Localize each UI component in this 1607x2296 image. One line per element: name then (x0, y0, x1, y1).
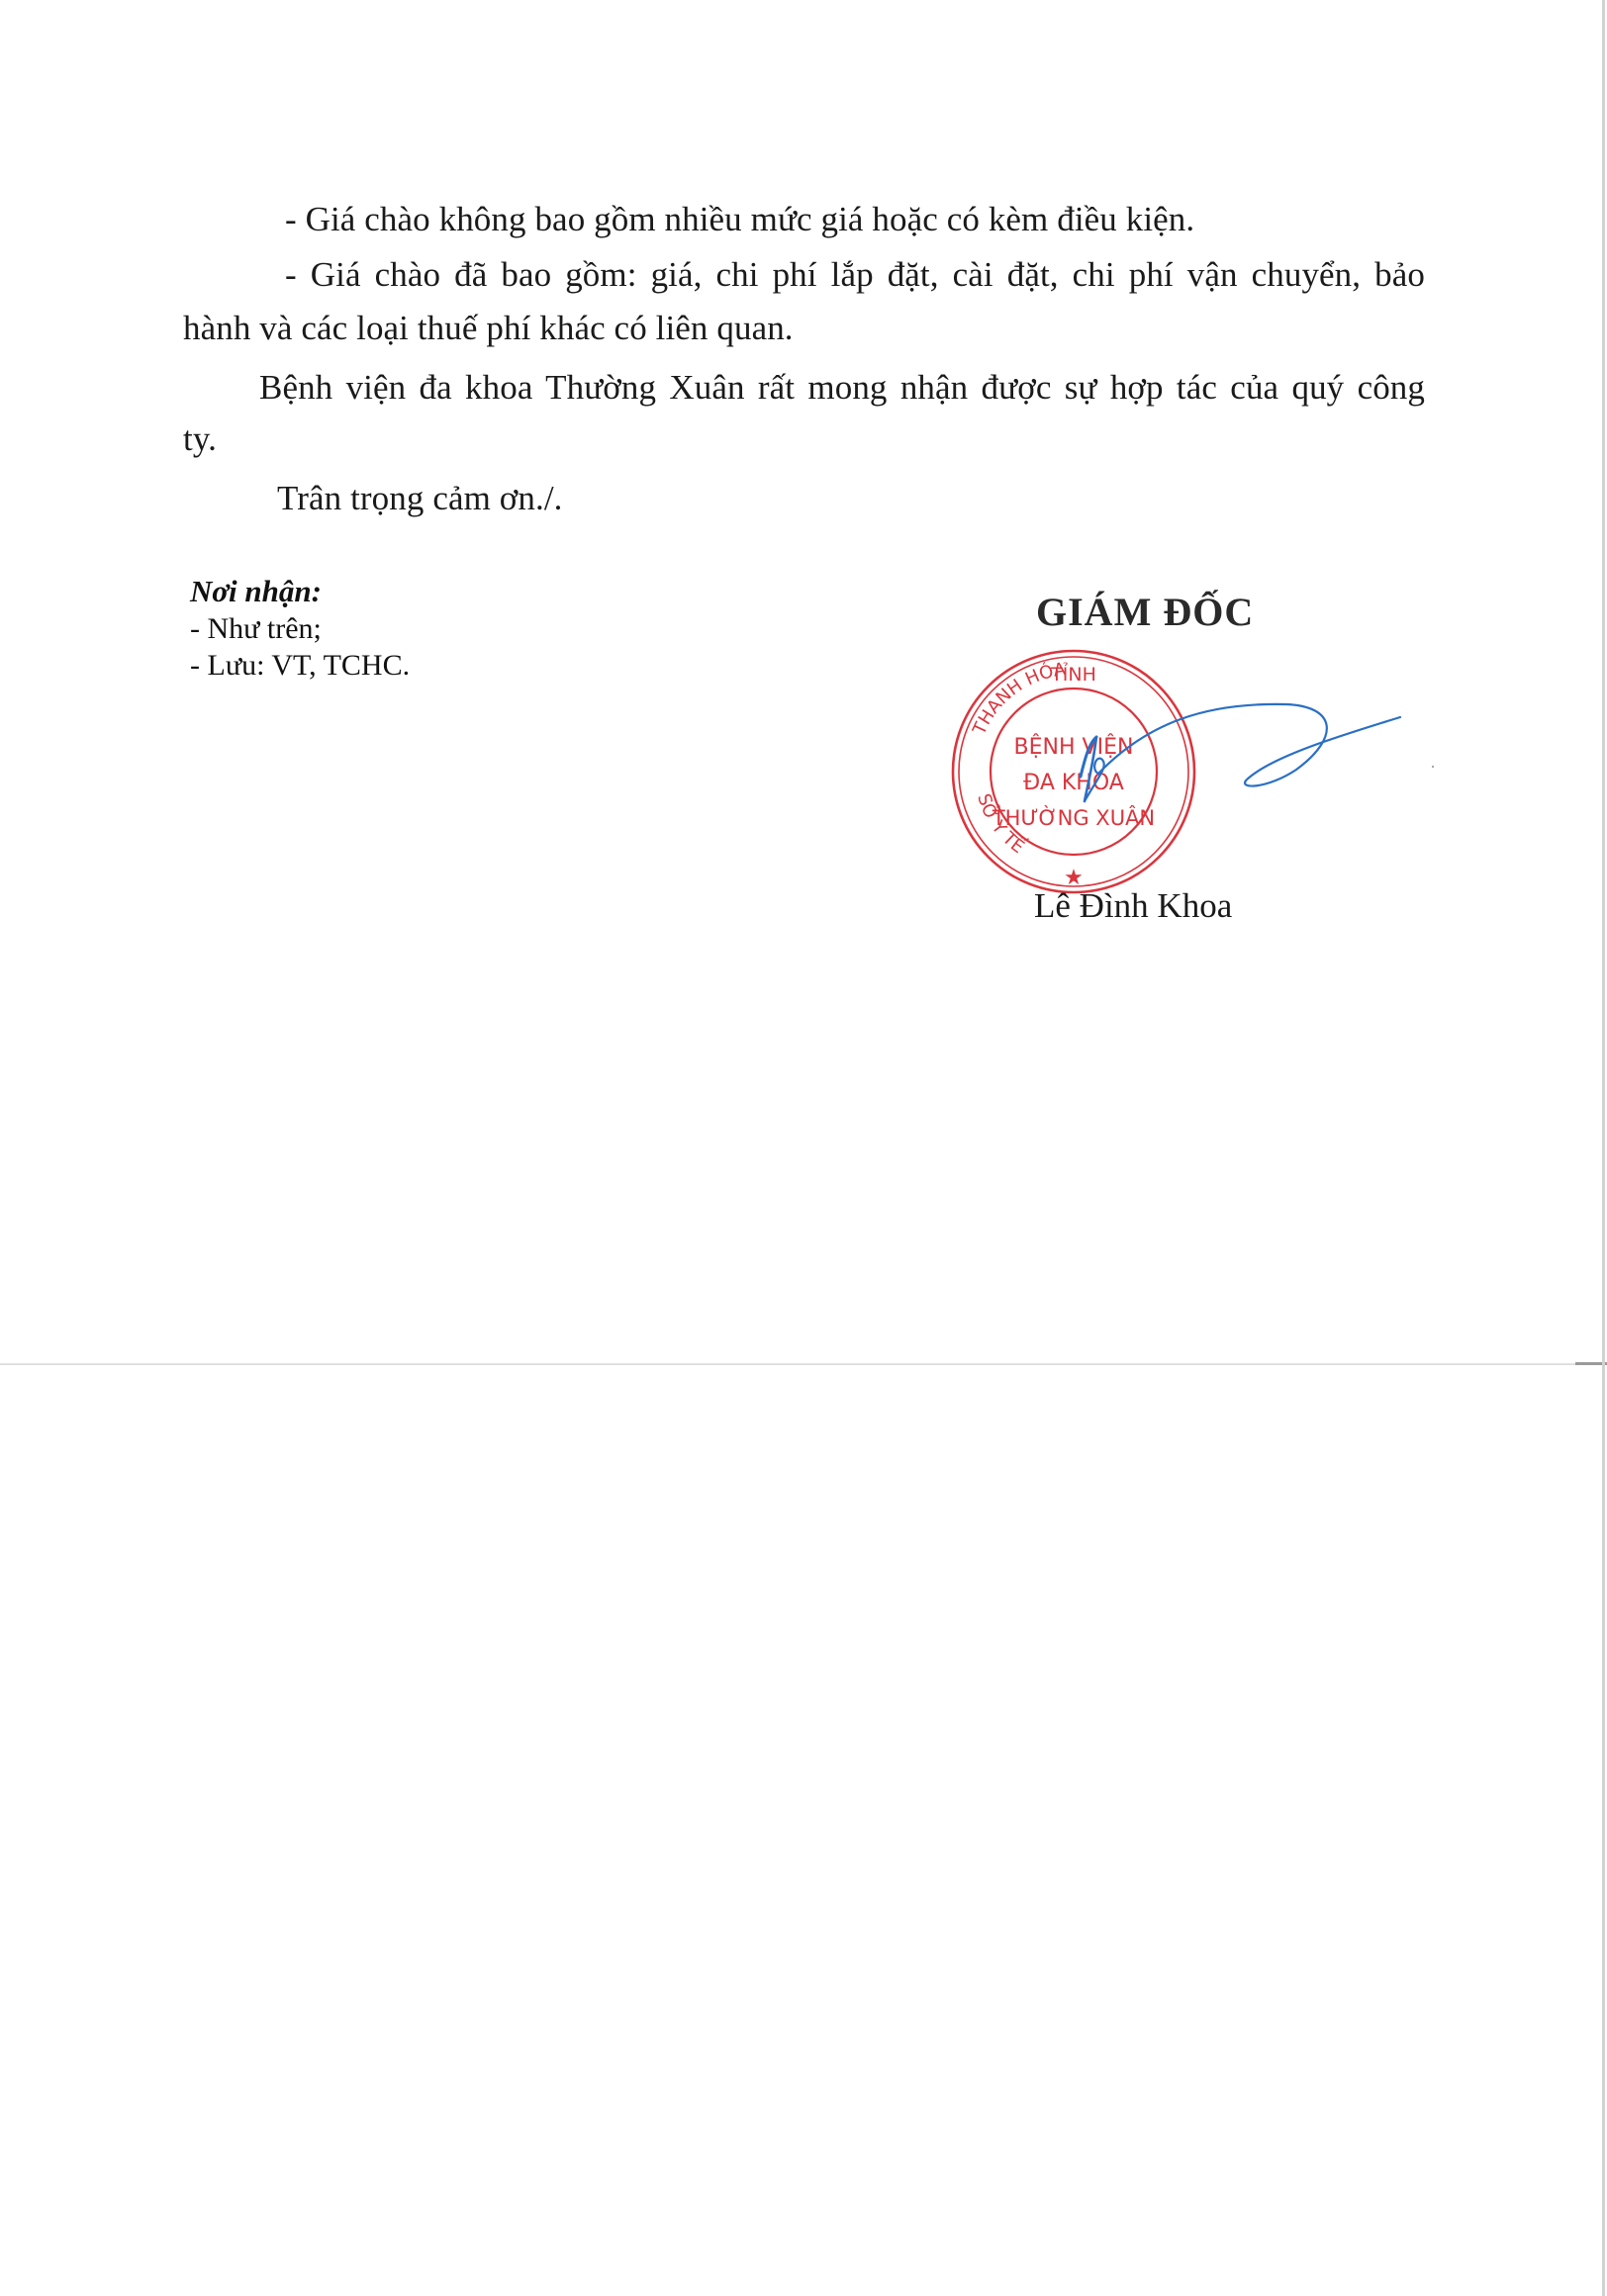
recipient-item: - Như trên; (190, 611, 322, 647)
handwritten-signature-icon (1069, 683, 1405, 821)
body-line-price-no-multiple: - Giá chào không bao gồm nhiều mức giá h… (285, 200, 1194, 239)
scan-fold-line (0, 1363, 1607, 1365)
signature-title: GIÁM ĐỐC (1036, 590, 1254, 635)
body-line-price-includes-cont: hành và các loại thuế phí khác có liên q… (183, 309, 794, 348)
closing-thanks: Trân trọng cảm ơn./. (277, 479, 563, 518)
body-line-cooperation-cont: ty. (183, 419, 217, 459)
recipients-title: Nơi nhận: (190, 574, 322, 609)
document-page: - Giá chào không bao gồm nhiều mức giá h… (0, 0, 1607, 2296)
scan-dot (1432, 766, 1434, 768)
scan-edge-line (1602, 0, 1605, 2296)
body-line-cooperation: Bệnh viện đa khoa Thường Xuân rất mong n… (259, 368, 1425, 408)
signer-name: Lê Đình Khoa (1034, 886, 1232, 926)
recipient-item: - Lưu: VT, TCHC. (190, 648, 410, 684)
body-line-price-includes: - Giá chào đã bao gồm: giá, chi phí lắp … (285, 255, 1425, 295)
